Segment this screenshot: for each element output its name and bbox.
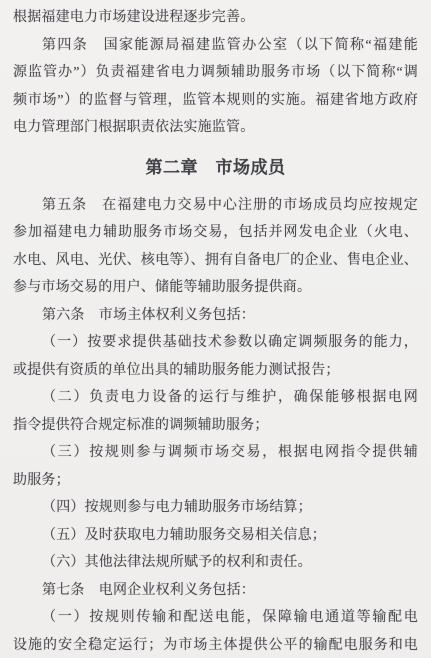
document-line: 参与市场交易的用户、储能等辅助服务提供商。 xyxy=(13,274,418,302)
document-line: 根据福建电力市场建设进程逐步完善。 xyxy=(13,4,418,32)
document-line-item-2: （二）负责电力设备的运行与维护，确保能够根据电网 xyxy=(13,384,418,412)
document-line: 电力管理部门根据职责依法实施监管。 xyxy=(13,114,418,142)
document-line-article-5: 第五条 在福建电力交易中心注册的市场成员均应按规定 xyxy=(13,192,418,220)
document-line-item-5: （五）及时获取电力辅助服务交易相关信息； xyxy=(13,522,418,550)
document-line: 助服务； xyxy=(13,467,418,495)
document-line-item-1: （一）按要求提供基础技术参数以确定调频服务的能力， xyxy=(13,329,418,357)
document-line-item-3: （三）按规则参与调频市场交易，根据电网指令提供辅 xyxy=(13,439,418,467)
document-line: 水电、风电、光伏、核电等）、拥有自备电厂的企业、售电企业、 xyxy=(13,247,418,275)
document-line-article-4: 第四条 国家能源局福建监管办公室（以下简称“福建能 xyxy=(13,32,418,60)
document-line-item-1: （一）按规则传输和配送电能，保障输电通道等输配电 xyxy=(13,604,418,632)
document-line: 或提供有资质的单位出具的辅助服务能力测试报告； xyxy=(13,357,418,385)
document-line: 频市场”）的监督与管理，监管本规则的实施。福建省地方政府 xyxy=(13,87,418,115)
document-page: 根据福建电力市场建设进程逐步完善。 第四条 国家能源局福建监管办公室（以下简称“… xyxy=(0,0,431,658)
document-line-item-4: （四）按规则参与电力辅助服务市场结算； xyxy=(13,494,418,522)
document-line-article-6: 第六条 市场主体权利义务包括： xyxy=(13,302,418,330)
document-line: 指令提供符合规定标准的调频辅助服务； xyxy=(13,412,418,440)
document-line: 参加福建电力辅助服务市场交易，包括并网发电企业（火电、 xyxy=(13,219,418,247)
chapter-heading: 第二章 市场成员 xyxy=(13,156,418,180)
document-line-article-7: 第七条 电网企业权利义务包括： xyxy=(13,577,418,605)
document-line-item-6: （六）其他法律法规所赋予的权利和责任。 xyxy=(13,549,418,577)
document-line: 源监管办”）负责福建省电力调频辅助服务市场（以下简称“调 xyxy=(13,59,418,87)
document-line: 设施的安全稳定运行；为市场主体提供公平的输配电服务和电 xyxy=(13,632,418,658)
